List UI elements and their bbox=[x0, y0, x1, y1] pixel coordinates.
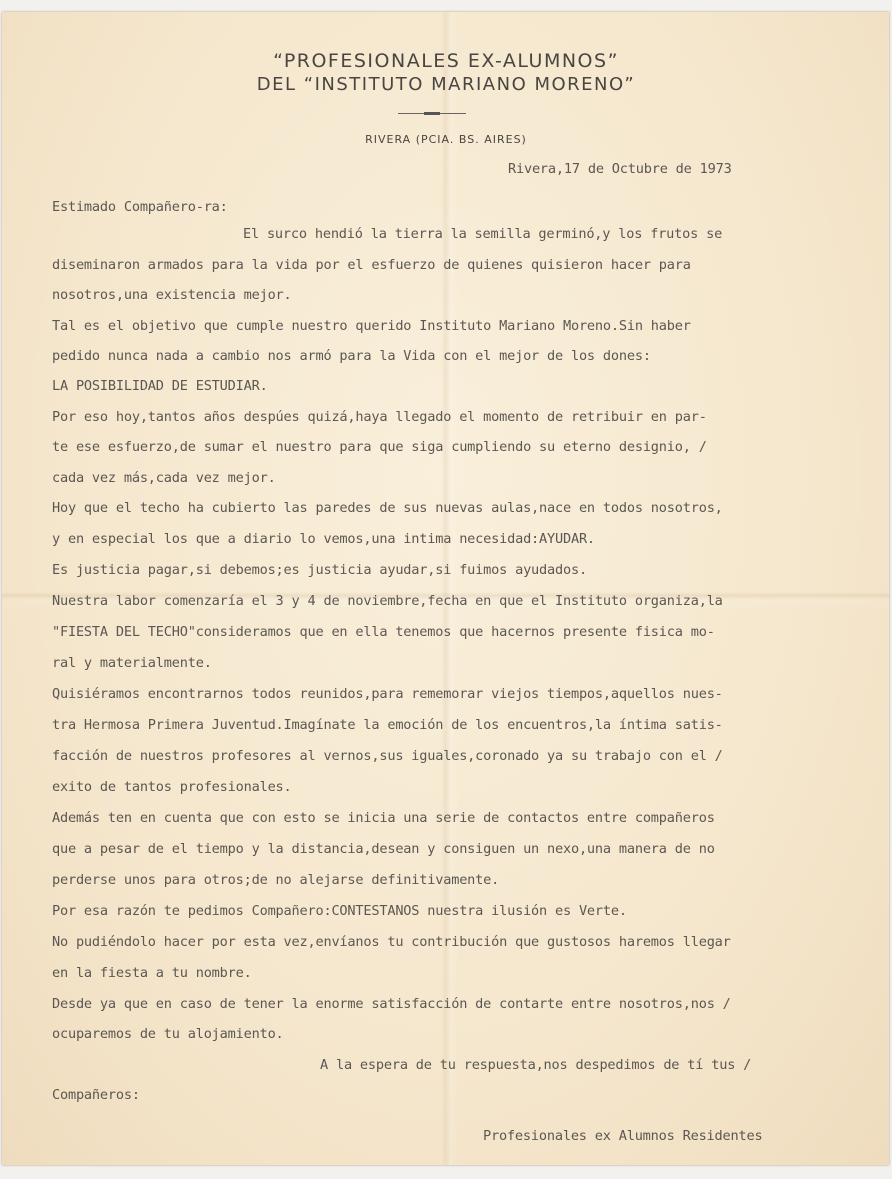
body-line: y en especial los que a diario lo vemos,… bbox=[52, 531, 595, 547]
body-line: ocuparemos de tu alojamiento. bbox=[52, 1026, 284, 1042]
body-line: Por eso hoy,tantos años despúes quizá,ha… bbox=[52, 409, 707, 425]
letterhead-subtitle: DEL “INSTITUTO MARIANO MORENO” bbox=[0, 74, 892, 95]
body-line: que a pesar de el tiempo y la distancia,… bbox=[52, 841, 715, 857]
body-line: cada vez más,cada vez mejor. bbox=[52, 470, 276, 486]
letter-paper bbox=[2, 12, 889, 1165]
body-line: El surco hendió la tierra la semilla ger… bbox=[243, 226, 722, 242]
body-line: Además ten en cuenta que con esto se ini… bbox=[52, 810, 715, 826]
body-line: No pudiéndolo hacer por esta vez,envíano… bbox=[52, 934, 731, 950]
body-line: Nuestra labor comenzaría el 3 y 4 de nov… bbox=[52, 593, 723, 609]
closing-label: Compañeros: bbox=[52, 1087, 140, 1103]
body-line: LA POSIBILIDAD DE ESTUDIAR. bbox=[52, 378, 268, 394]
body-line: exito de tantos profesionales. bbox=[52, 779, 292, 795]
body-line: ral y materialmente. bbox=[52, 655, 212, 671]
letterhead-divider bbox=[398, 113, 466, 114]
body-line: Por esa razón te pedimos Compañero:CONTE… bbox=[52, 903, 627, 919]
body-line: pedido nunca nada a cambio nos armó para… bbox=[52, 348, 651, 364]
body-line: en la fiesta a tu nombre. bbox=[52, 965, 252, 981]
body-line: facción de nuestros profesores al vernos… bbox=[52, 748, 723, 764]
letterhead-title: “PROFESIONALES EX-ALUMNOS” bbox=[0, 50, 892, 72]
signature: Profesionales ex Alumnos Residentes bbox=[483, 1128, 762, 1144]
body-line: te ese esfuerzo,de sumar el nuestro para… bbox=[52, 439, 707, 455]
letterhead-location: RIVERA (PCIA. BS. AIRES) bbox=[0, 133, 892, 146]
body-line: Es justicia pagar,si debemos;es justicia… bbox=[52, 562, 587, 578]
body-line: Tal es el objetivo que cumple nuestro qu… bbox=[52, 318, 691, 334]
body-line: "FIESTA DEL TECHO"consideramos que en el… bbox=[52, 624, 715, 640]
body-line: nosotros,una existencia mejor. bbox=[52, 287, 292, 303]
salutation: Estimado Compañero-ra: bbox=[52, 199, 228, 215]
body-line: Desde ya que en caso de tener la enorme … bbox=[52, 996, 731, 1012]
body-line: diseminaron armados para la vida por el … bbox=[52, 257, 691, 273]
date-line: Rivera,17 de Octubre de 1973 bbox=[508, 161, 732, 177]
body-line: perderse unos para otros;de no alejarse … bbox=[52, 872, 499, 888]
closing-line: A la espera de tu respuesta,nos despedim… bbox=[320, 1057, 751, 1073]
body-line: Quisiéramos encontrarnos todos reunidos,… bbox=[52, 686, 723, 702]
body-line: tra Hermosa Primera Juventud.Imagínate l… bbox=[52, 717, 723, 733]
body-line: Hoy que el techo ha cubierto las paredes… bbox=[52, 500, 723, 516]
